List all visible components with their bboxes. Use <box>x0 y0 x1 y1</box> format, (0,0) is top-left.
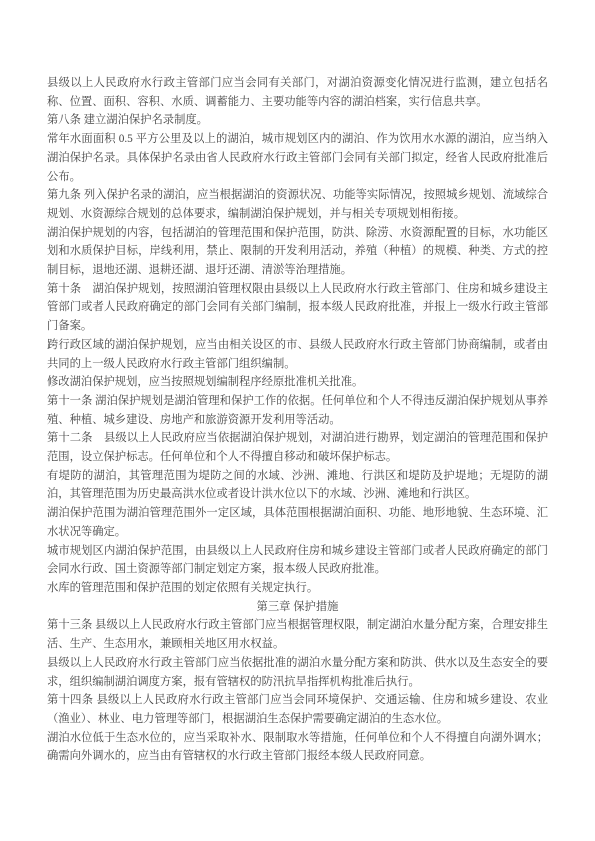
para-plan-modification: 修改湖泊保护规划，应当按照规划编制程序经原批准机关批准。 <box>47 373 548 392</box>
document-text-block: 县级以上人民政府水行政主管部门应当会同有关部门，对湖泊资源变化情况进行监测，建立… <box>47 74 548 766</box>
article-8-lead: 第八条 建立湖泊保护名录制度。 <box>47 111 548 130</box>
para-reservoir-scope: 水库的管理范围和保护范围的划定依照有关规定执行。 <box>47 579 548 598</box>
para-plan-contents: 湖泊保护规划的内容，包括湖泊的管理范围和保护范围，防洪、除涝、水资源配置的目标，… <box>47 224 548 280</box>
document-page: 县级以上人民政府水行政主管部门应当会同有关部门，对湖泊资源变化情况进行监测，建立… <box>0 0 595 841</box>
para-protection-list: 常年水面面积 0.5 平方公里及以上的湖泊，城市规划区内的湖泊、作为饮用水水源的… <box>47 130 548 186</box>
para-urban-protection-scope: 城市规划区内湖泊保护范围，由县级以上人民政府住房和城乡建设主管部门或者人民政府确… <box>47 542 548 579</box>
para-lake-archives: 县级以上人民政府水行政主管部门应当会同有关部门，对湖泊资源变化情况进行监测，建立… <box>47 74 548 111</box>
article-14-lead: 第十四条 县级以上人民政府水行政主管部门应当会同环境保护、交通运输、住房和城乡建… <box>47 691 548 728</box>
article-10-lead: 第十条 湖泊保护规划，按照湖泊管理权限由县级以上人民政府水行政主管部门、住房和城… <box>47 280 548 336</box>
article-12-lead: 第十二条 县级以上人民政府应当依据湖泊保护规划，对湖泊进行勘界，划定湖泊的管理范… <box>47 429 548 466</box>
article-11-lead: 第十一条 湖泊保护规划是湖泊管理和保护工作的依据。任何单位和个人不得违反湖泊保护… <box>47 392 548 429</box>
para-management-scope: 有堤防的湖泊，其管理范围为堤防之间的水域、沙洲、滩地、行洪区和堤防及护堤地；无堤… <box>47 467 548 504</box>
chapter-3-heading: 第三章 保护措施 <box>47 598 548 617</box>
para-dispatch-plan: 县级以上人民政府水行政主管部门应当依据批准的湖泊水量分配方案和防洪、供水以及生态… <box>47 654 548 691</box>
para-cross-region-plan: 跨行政区域的湖泊保护规划，应当由相关设区的市、县级人民政府水行政主管部门协商编制… <box>47 336 548 373</box>
article-13-lead: 第十三条 县级以上人民政府水行政主管部门应当根据管理权限，制定湖泊水量分配方案，… <box>47 616 548 653</box>
para-ecological-water-level: 湖泊水位低于生态水位的，应当采取补水、限制取水等措施，任何单位和个人不得擅自向湖… <box>47 729 548 766</box>
article-9-lead: 第九条 列入保护名录的湖泊，应当根据湖泊的资源状况、功能等实际情况，按照城乡规划… <box>47 186 548 223</box>
para-protection-scope: 湖泊保护范围为湖泊管理范围外一定区域，具体范围根据湖泊面积、功能、地形地貌、生态… <box>47 504 548 541</box>
